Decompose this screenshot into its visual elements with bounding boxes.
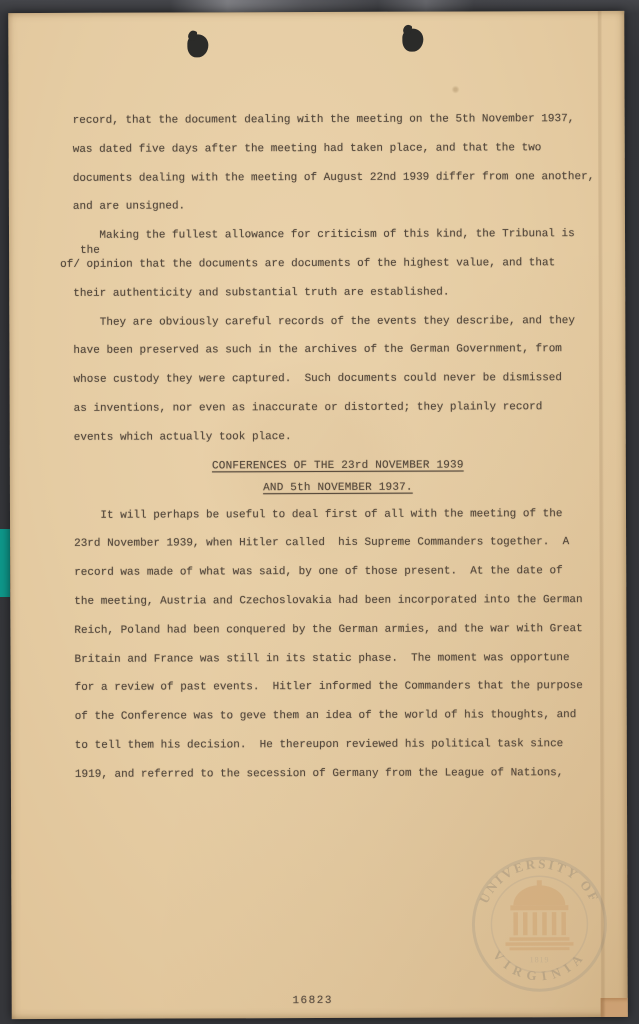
text-line: of/ opinion that the documents are docum… [60,249,601,280]
document-text: record, that the document dealing with t… [73,105,603,789]
text-line: as inventions, nor even as inaccurate or… [74,393,602,424]
scanner-glare [170,0,490,12]
text-line: Making the fullest allowance for critici… [73,220,601,251]
scanned-page-background: record, that the document dealing with t… [0,0,639,1024]
hole-punch-left-icon [187,34,208,57]
interline-insertion: the [80,246,100,257]
text-line: record was made of what was said, by one… [74,557,602,588]
hole-punch-right-icon [402,29,423,52]
paragraph: It will perhaps be useful to deal first … [74,500,603,790]
text-line: Reich, Poland had been conquered by the … [74,615,602,646]
text-line: the meeting, Austria and Czechoslovakia … [74,586,602,617]
text-line: their authenticity and substantial truth… [73,278,601,309]
section-heading: CONFERENCES OF THE 23rd NOVEMBER 1939AND… [74,454,602,500]
text-line: documents dealing with the meeting of Au… [73,163,601,194]
seal-year: 1819 [530,955,550,964]
text-line: 1919, and referred to the secession of G… [75,759,603,790]
text-line: for a review of past events. Hitler info… [75,672,603,703]
seal-bottom-text: VIRGINIA [490,947,589,984]
corner-paper-fragment [601,998,628,1017]
paragraph: record, that the document dealing with t… [73,105,601,222]
text-line: and are unsigned. [73,191,601,222]
paragraph: They are obviously careful records of th… [73,307,601,453]
document-paper: record, that the document dealing with t… [8,11,628,1019]
rotunda-icon [505,880,573,950]
text-line: of the Conference was to geve them an id… [75,701,603,732]
text-line: events which actually took place. [74,422,602,453]
heading-line: AND 5th NOVEMBER 1937. [74,476,602,500]
text-line: was dated five days after the meeting ha… [73,134,601,165]
text-line: 23rd November 1939, when Hitler called h… [74,528,602,559]
university-of-virginia-seal-watermark: UNIVERSITY OF VIRGINIA 1819 [464,849,615,1000]
heading-line: CONFERENCES OF THE 23rd NOVEMBER 1939 [74,454,602,478]
text-line: record, that the document dealing with t… [73,105,601,136]
text-line: have been preserved as such in the archi… [73,335,601,366]
svg-text:VIRGINIA: VIRGINIA [490,947,589,984]
teal-bookmark-strip [0,529,10,597]
text-line: It will perhaps be useful to deal first … [74,500,602,531]
text-line: They are obviously careful records of th… [73,307,601,338]
paragraph: Making the fullest allowance for critici… [73,220,601,308]
text-line: Britain and France was still in its stat… [74,644,602,675]
text-line: whose custody they were captured. Such d… [73,364,601,395]
text-line: to tell them his decision. He thereupon … [75,730,603,761]
page-number-stamp: 16823 [12,994,614,1008]
